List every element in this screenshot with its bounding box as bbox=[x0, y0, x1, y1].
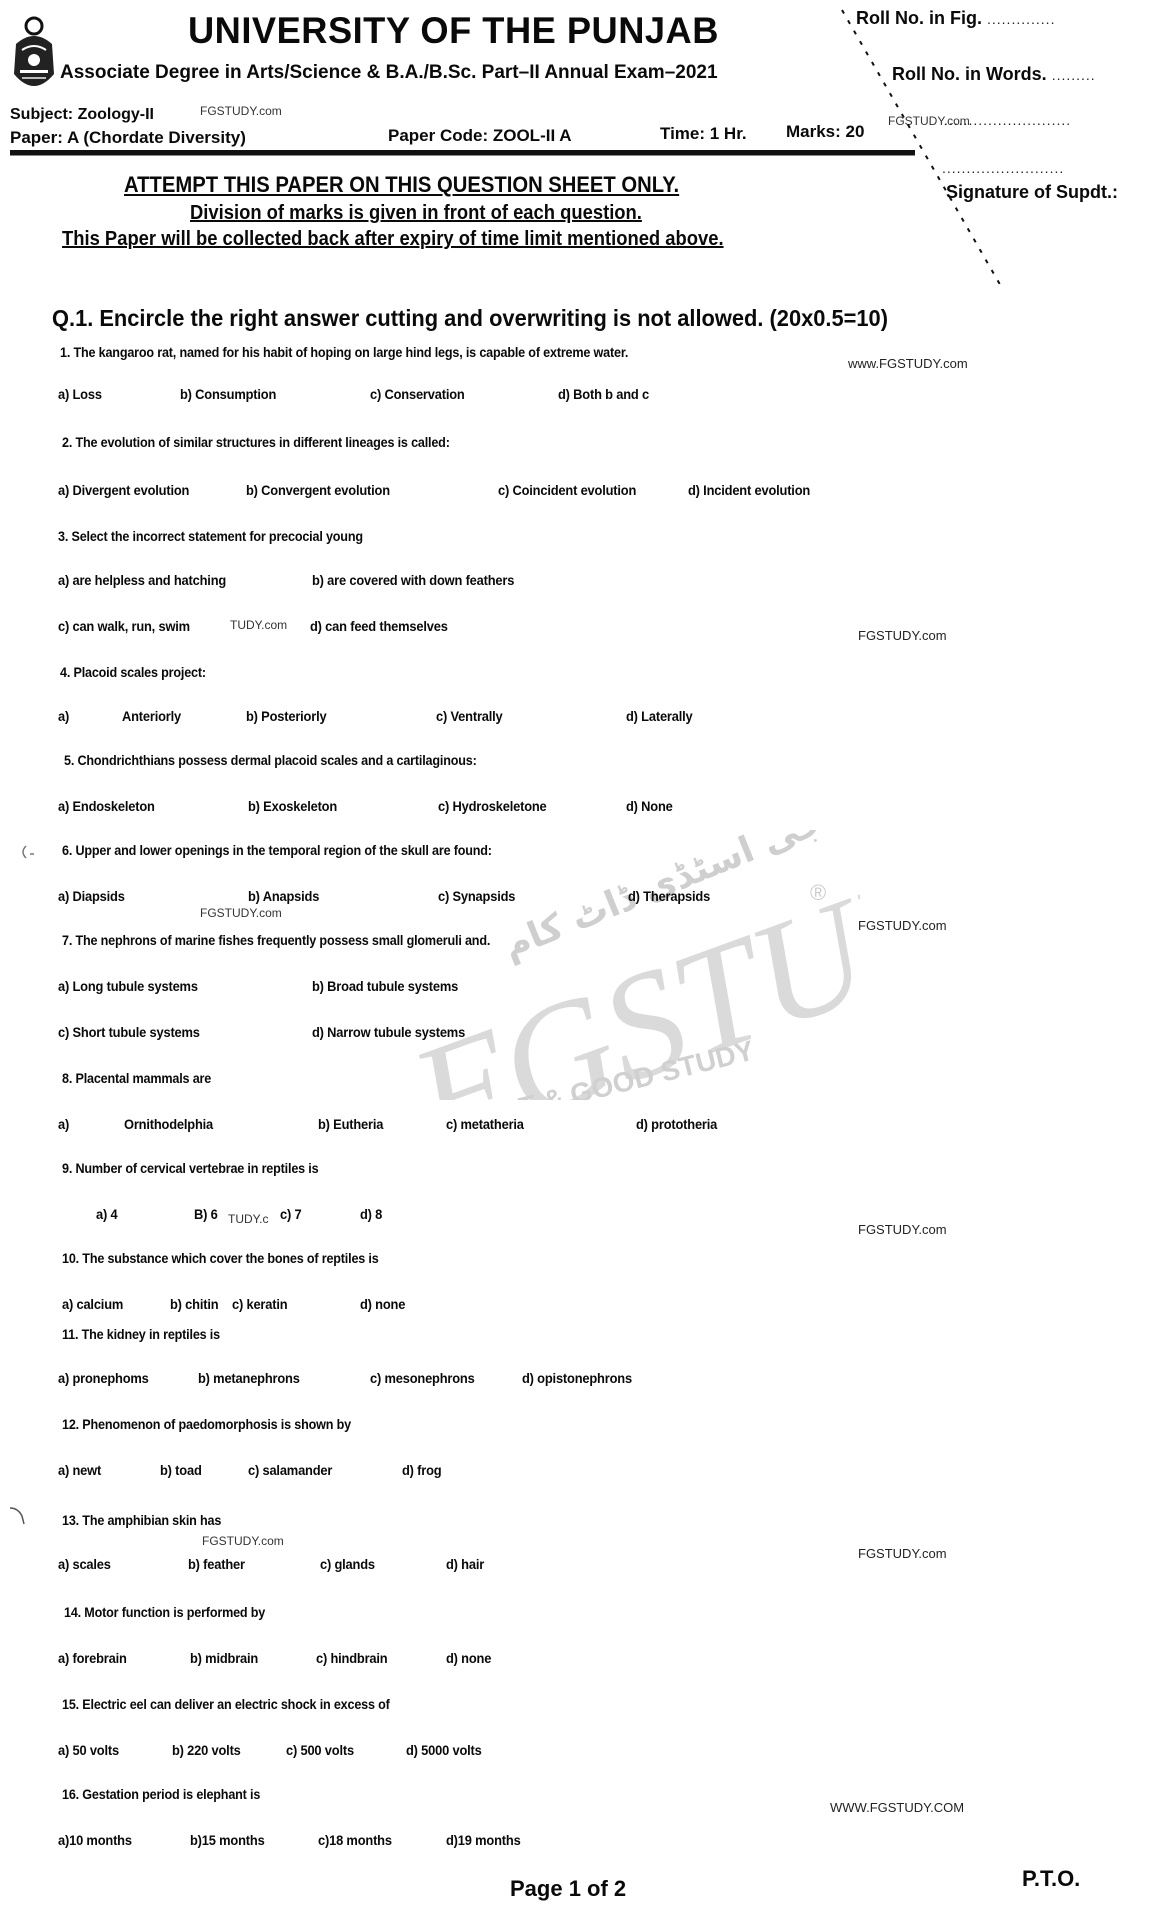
question-text: 9. Number of cervical vertebrae in repti… bbox=[62, 1160, 318, 1176]
answer-option[interactable]: c) Hydroskeletone bbox=[438, 798, 547, 814]
watermark-text: FGSTUDY.com bbox=[200, 104, 282, 118]
scan-mark bbox=[16, 842, 46, 864]
answer-option[interactable]: a) bbox=[58, 708, 69, 724]
question-text: 1. The kangaroo rat, named for his habit… bbox=[60, 344, 628, 360]
answer-option[interactable]: a) Endoskeleton bbox=[58, 798, 155, 814]
answer-option[interactable]: d) 8 bbox=[360, 1206, 382, 1222]
answer-option[interactable]: d) Laterally bbox=[626, 708, 693, 724]
paper-code: Paper Code: ZOOL-II A bbox=[388, 126, 572, 146]
answer-option[interactable]: a) Loss bbox=[58, 386, 102, 402]
answer-option[interactable]: d) opistonephrons bbox=[522, 1370, 632, 1386]
answer-option[interactable]: c) Coincident evolution bbox=[498, 482, 636, 498]
exam-subtitle: Associate Degree in Arts/Science & B.A./… bbox=[60, 62, 718, 84]
watermark-text: TUDY.com bbox=[230, 618, 287, 632]
answer-option[interactable]: d) None bbox=[626, 798, 673, 814]
answer-option[interactable]: c) 500 volts bbox=[286, 1742, 354, 1758]
watermark-text: FGSTUDY.com bbox=[858, 1222, 947, 1237]
answer-option[interactable]: d) none bbox=[446, 1650, 491, 1666]
answer-option[interactable]: b) Consumption bbox=[180, 386, 276, 402]
watermark-text: FGSTUDY.com bbox=[202, 1534, 284, 1548]
watermark-text: FGSTUDY.com bbox=[858, 918, 947, 933]
answer-option[interactable]: c)18 months bbox=[318, 1832, 392, 1848]
roll-number-words-label: Roll No. in Words. bbox=[892, 64, 1047, 84]
answer-option[interactable]: a) bbox=[58, 1116, 69, 1132]
answer-option[interactable]: a) pronephoms bbox=[58, 1370, 149, 1386]
answer-option[interactable]: a) scales bbox=[58, 1556, 111, 1572]
dotted-line: ......... bbox=[1052, 67, 1096, 83]
answer-option[interactable]: b) feather bbox=[188, 1556, 245, 1572]
dotted-line: .......................... bbox=[944, 112, 1071, 128]
question-heading: Q.1. Encircle the right answer cutting a… bbox=[52, 305, 888, 332]
signature-field[interactable]: Signature of Supdt.: bbox=[946, 182, 1118, 203]
answer-option[interactable]: d) Narrow tubule systems bbox=[312, 1024, 465, 1040]
answer-option[interactable]: b)15 months bbox=[190, 1832, 265, 1848]
answer-option[interactable]: b) 220 volts bbox=[172, 1742, 241, 1758]
fgstudy-watermark-logo: FGSTUDY ® ایف جی اسٹڈی ڈاٹ کام FAST & GO… bbox=[380, 830, 860, 1100]
answer-option[interactable]: a) Diapsids bbox=[58, 888, 125, 904]
answer-option[interactable]: b) are covered with down feathers bbox=[312, 572, 514, 588]
instruction-line: This Paper will be collected back after … bbox=[62, 228, 724, 251]
answer-option[interactable]: a)10 months bbox=[58, 1832, 132, 1848]
answer-option[interactable]: c) mesonephrons bbox=[370, 1370, 475, 1386]
question-text: 4. Placoid scales project: bbox=[60, 664, 206, 680]
question-text: 6. Upper and lower openings in the tempo… bbox=[62, 842, 492, 858]
answer-option[interactable]: c) can walk, run, swim bbox=[58, 618, 190, 634]
time-label: Time: 1 Hr. bbox=[660, 124, 747, 144]
university-crest-icon bbox=[8, 14, 60, 98]
answer-option[interactable]: a) Divergent evolution bbox=[58, 482, 189, 498]
answer-option[interactable]: b) toad bbox=[160, 1462, 202, 1478]
answer-option[interactable]: b) Broad tubule systems bbox=[312, 978, 458, 994]
answer-option[interactable]: a) newt bbox=[58, 1462, 101, 1478]
answer-option[interactable]: a) 50 volts bbox=[58, 1742, 119, 1758]
answer-option[interactable]: a) Long tubule systems bbox=[58, 978, 198, 994]
answer-option[interactable]: d) prototheria bbox=[636, 1116, 717, 1132]
subject-label: Subject: Zoology-II bbox=[10, 106, 154, 124]
instruction-line: Division of marks is given in front of e… bbox=[190, 202, 642, 225]
instruction-line: ATTEMPT THIS PAPER ON THIS QUESTION SHEE… bbox=[124, 172, 679, 198]
answer-option[interactable]: c) salamander bbox=[248, 1462, 332, 1478]
answer-option[interactable]: a) calcium bbox=[62, 1296, 123, 1312]
answer-option[interactable]: d) can feed themselves bbox=[310, 618, 448, 634]
answer-option[interactable]: c) Conservation bbox=[370, 386, 465, 402]
paper-label: Paper: A (Chordate Diversity) bbox=[10, 128, 246, 148]
question-text: 13. The amphibian skin has bbox=[62, 1512, 221, 1528]
answer-option[interactable]: d) Both b and c bbox=[558, 386, 649, 402]
answer-option[interactable]: a) forebrain bbox=[58, 1650, 127, 1666]
answer-option[interactable]: c) 7 bbox=[280, 1206, 301, 1222]
answer-option[interactable]: d) none bbox=[360, 1296, 405, 1312]
roll-number-figure-label: Roll No. in Fig. bbox=[856, 8, 982, 28]
answer-option[interactable]: d) hair bbox=[446, 1556, 484, 1572]
page-number: Page 1 of 2 bbox=[510, 1876, 626, 1902]
marks-label: Marks: 20 bbox=[786, 122, 864, 142]
answer-option[interactable]: c) glands bbox=[320, 1556, 375, 1572]
svg-text:FGSTUDY: FGSTUDY bbox=[392, 830, 860, 1100]
answer-option[interactable]: Anteriorly bbox=[122, 708, 181, 724]
question-text: 11. The kidney in reptiles is bbox=[62, 1326, 220, 1342]
answer-option[interactable]: b) Exoskeleton bbox=[248, 798, 337, 814]
answer-option[interactable]: d) 5000 volts bbox=[406, 1742, 482, 1758]
answer-option[interactable]: b) metanephrons bbox=[198, 1370, 300, 1386]
answer-option[interactable]: a) 4 bbox=[96, 1206, 117, 1222]
watermark-text: FGSTUDY.com bbox=[858, 628, 947, 643]
answer-option[interactable]: c) hindbrain bbox=[316, 1650, 388, 1666]
watermark-text: FGSTUDY.com bbox=[200, 906, 282, 920]
roll-number-figure-field[interactable]: Roll No. in Fig. .............. bbox=[856, 8, 1055, 29]
answer-option[interactable]: b) Eutheria bbox=[318, 1116, 383, 1132]
dotted-line: .............. bbox=[987, 11, 1055, 27]
answer-option[interactable]: d) Incident evolution bbox=[688, 482, 810, 498]
answer-option[interactable]: c) Ventrally bbox=[436, 708, 503, 724]
question-text: 2. The evolution of similar structures i… bbox=[62, 434, 450, 450]
scan-mark bbox=[8, 1504, 28, 1528]
watermark-text: TUDY.c bbox=[228, 1212, 268, 1226]
question-text: 8. Placental mammals are bbox=[62, 1070, 211, 1086]
watermark-text: FGSTUDY.com bbox=[858, 1546, 947, 1561]
header-divider bbox=[10, 150, 915, 156]
answer-option[interactable]: a) are helpless and hatching bbox=[58, 572, 226, 588]
answer-option[interactable]: d) frog bbox=[402, 1462, 441, 1478]
question-text: 10. The substance which cover the bones … bbox=[62, 1250, 379, 1266]
answer-option[interactable]: b) Anapsids bbox=[248, 888, 319, 904]
roll-number-words-field[interactable]: Roll No. in Words. ......... bbox=[892, 64, 1096, 85]
watermark-text: WWW.FGSTUDY.COM bbox=[830, 1800, 964, 1815]
question-text: 14. Motor function is performed by bbox=[64, 1604, 265, 1620]
dotted-line: ......................... bbox=[942, 160, 1064, 176]
question-text: 3. Select the incorrect statement for pr… bbox=[58, 528, 363, 544]
answer-option[interactable]: d)19 months bbox=[446, 1832, 521, 1848]
answer-option[interactable]: c) keratin bbox=[232, 1296, 287, 1312]
watermark-text: www.FGSTUDY.com bbox=[848, 356, 968, 371]
answer-option[interactable]: d) Therapsids bbox=[628, 888, 710, 904]
answer-option[interactable]: c) Synapsids bbox=[438, 888, 515, 904]
answer-option[interactable]: Ornithodelphia bbox=[124, 1116, 213, 1132]
question-text: 16. Gestation period is elephant is bbox=[62, 1786, 260, 1802]
answer-option[interactable]: B) 6 bbox=[194, 1206, 218, 1222]
question-text: 7. The nephrons of marine fishes frequen… bbox=[62, 932, 490, 948]
university-title: UNIVERSITY OF THE PUNJAB bbox=[188, 10, 719, 52]
question-text: 12. Phenomenon of paedomorphosis is show… bbox=[62, 1416, 351, 1432]
answer-option[interactable]: b) Convergent evolution bbox=[246, 482, 390, 498]
answer-option[interactable]: b) chitin bbox=[170, 1296, 218, 1312]
answer-option[interactable]: c) metatheria bbox=[446, 1116, 524, 1132]
answer-option[interactable]: c) Short tubule systems bbox=[58, 1024, 200, 1040]
question-text: 15. Electric eel can deliver an electric… bbox=[62, 1696, 390, 1712]
answer-option[interactable]: b) Posteriorly bbox=[246, 708, 326, 724]
svg-text:®: ® bbox=[810, 880, 826, 905]
svg-text:FAST & GOOD STUDY: FAST & GOOD STUDY bbox=[463, 1035, 758, 1100]
please-turn-over: P.T.O. bbox=[1022, 1866, 1080, 1892]
question-text: 5. Chondrichthians possess dermal placoi… bbox=[64, 752, 477, 768]
answer-option[interactable]: b) midbrain bbox=[190, 1650, 258, 1666]
